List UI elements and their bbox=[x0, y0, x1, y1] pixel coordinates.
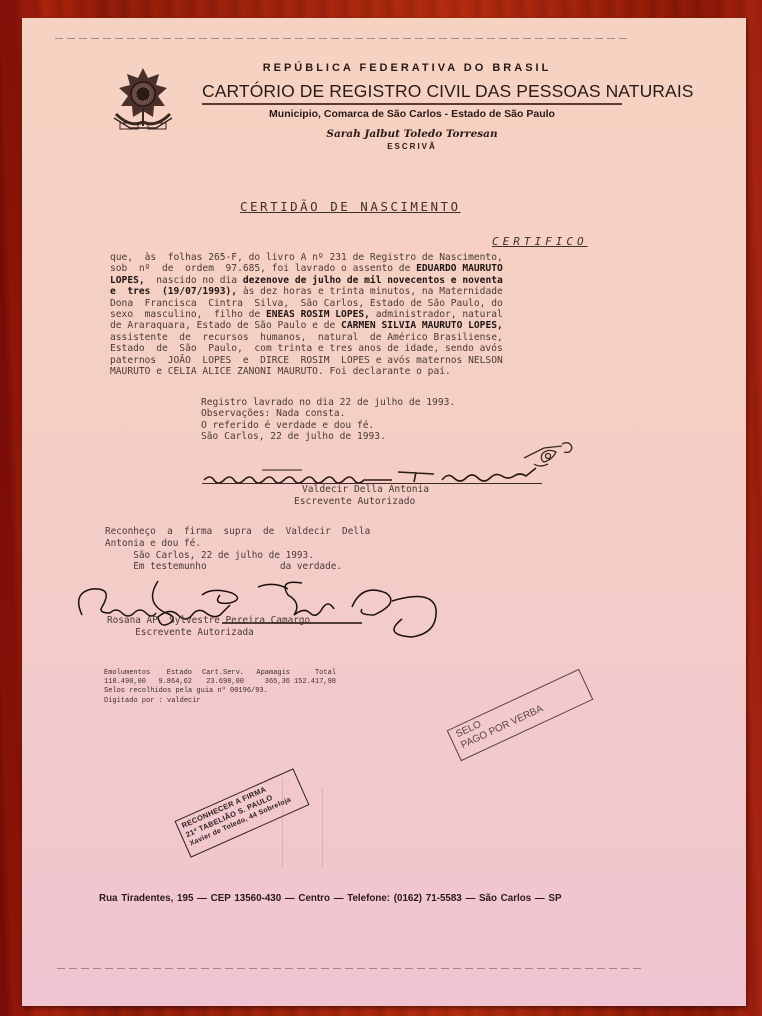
fees-cell: 9.864,62 bbox=[156, 678, 192, 687]
show-through-mark bbox=[322, 788, 323, 868]
fees-value-row: 118.490,009.864,6223.698,00365,36152.417… bbox=[104, 678, 336, 687]
office-heading: CARTÓRIO DE REGISTRO CIVIL DAS PESSOAS N… bbox=[202, 81, 622, 102]
certificate-body-line: LOPES, nascido no dia dezenove de julho … bbox=[110, 275, 620, 286]
fees-table: EmolumentosEstadoCart.Serv.ApamagisTotal… bbox=[104, 669, 336, 706]
signatory-2-name: Rosana AP. Sylvestre Pereira Camargo bbox=[107, 615, 310, 626]
certificate-closing: Registro lavrado no dia 22 de julho de 1… bbox=[201, 397, 455, 443]
fees-cell: 365,36 bbox=[244, 678, 290, 687]
fees-cell: 23.698,00 bbox=[192, 678, 244, 687]
certificate-body-line: que, às folhas 265-F, do livro A nº 231 … bbox=[110, 252, 620, 263]
fees-cell: 118.490,00 bbox=[104, 678, 156, 687]
fees-cell: 152.417,98 bbox=[290, 678, 336, 687]
birth-certificate-page: REPÚBLICA FEDERATIVA DO BRASIL CARTÓRIO … bbox=[22, 18, 746, 1006]
certificate-body-line: assistente de recursos humanos, natural … bbox=[110, 332, 620, 343]
perforation-line-bottom bbox=[57, 968, 642, 969]
country-heading: REPÚBLICA FEDERATIVA DO BRASIL bbox=[182, 62, 632, 74]
fees-cell: Apamagis bbox=[244, 669, 290, 678]
fees-cell: Estado bbox=[156, 669, 192, 678]
fees-cell: Cart.Serv. bbox=[192, 669, 244, 678]
certificate-title: CERTIDÃO DE NASCIMENTO bbox=[240, 199, 461, 214]
show-through-mark bbox=[282, 778, 283, 868]
recognition-line-3: São Carlos, 22 de julho de 1993. bbox=[105, 550, 370, 562]
signatory-1: Valdecir Della Antonia Escrevente Autori… bbox=[302, 484, 429, 508]
observations: Observações: Nada consta. bbox=[201, 408, 455, 419]
stamp-selo-line-1: SELO bbox=[454, 674, 579, 741]
perforation-line-top bbox=[55, 38, 631, 39]
registrar-title: ESCRIVÃ bbox=[202, 142, 622, 151]
certifico-heading: CERTIFICO bbox=[492, 235, 588, 248]
stamp-reconhecer-firma: RECONHECER A FIRMA 21º TABELIÃO S. PAULO… bbox=[174, 768, 309, 857]
certificate-body-line: de Araraquara, Estado de São Paulo e de … bbox=[110, 320, 620, 331]
signatory-1-name: Valdecir Della Antonia bbox=[302, 484, 429, 495]
header-rule bbox=[202, 103, 622, 105]
registration-note: Registro lavrado no dia 22 de julho de 1… bbox=[201, 397, 455, 408]
place-date: São Carlos, 22 de julho de 1993. bbox=[201, 431, 455, 442]
certificate-body-line: Estado de São Paulo, com trinta e tres a… bbox=[110, 343, 620, 354]
attestation: O referido é verdade e dou fé. bbox=[201, 420, 455, 431]
brazil-coat-of-arms-icon bbox=[110, 66, 176, 136]
registrar-name: Sarah Jalbut Toledo Torresan bbox=[202, 128, 622, 140]
certificate-body-line: sexo masculino, filho de ENEAS ROSIM LOP… bbox=[110, 309, 620, 320]
typed-by: Digitado por : valdecir bbox=[104, 697, 336, 706]
certificate-body-line: sob nº de ordem 97.685, foi lavrado o as… bbox=[110, 263, 620, 274]
footer-address: Rua Tiradentes, 195 — CEP 13560-430 — Ce… bbox=[99, 893, 659, 904]
certificate-body: que, às folhas 265-F, do livro A nº 231 … bbox=[110, 252, 620, 377]
recognition-line-1: Reconheço a firma supra de Valdecir Dell… bbox=[105, 526, 370, 538]
signatory-2: Rosana AP. Sylvestre Pereira Camargo Esc… bbox=[107, 615, 310, 639]
signatory-2-role: Escrevente Autorizada bbox=[135, 627, 254, 638]
stamp-selo-pago-por-verba: SELO PAGO POR VERBA bbox=[447, 669, 594, 762]
signatory-1-role: Escrevente Autorizado bbox=[294, 496, 415, 507]
fees-header-row: EmolumentosEstadoCart.Serv.ApamagisTotal bbox=[104, 669, 336, 678]
fees-cell: Total bbox=[290, 669, 336, 678]
seal-note: Selos recolhidos pela guia nº 00196/93. bbox=[104, 687, 336, 696]
certificate-body-line: e tres (19/07/1993), às dez horas e trin… bbox=[110, 286, 620, 297]
certificate-body-line: paternos JOÃO LOPES e DIRCE ROSIM LOPES … bbox=[110, 355, 620, 366]
certificate-body-line: MAURUTO e CELIA ALICE ZANONI MAURUTO. Fo… bbox=[110, 366, 620, 377]
fees-cell: Emolumentos bbox=[104, 669, 156, 678]
jurisdiction-line: Municipio, Comarca de São Carlos - Estad… bbox=[182, 108, 642, 120]
certificate-body-line: Dona Francisca Cintra Silva, São Carlos,… bbox=[110, 298, 620, 309]
recognition-line-2: Antonia e dou fé. bbox=[105, 538, 370, 550]
